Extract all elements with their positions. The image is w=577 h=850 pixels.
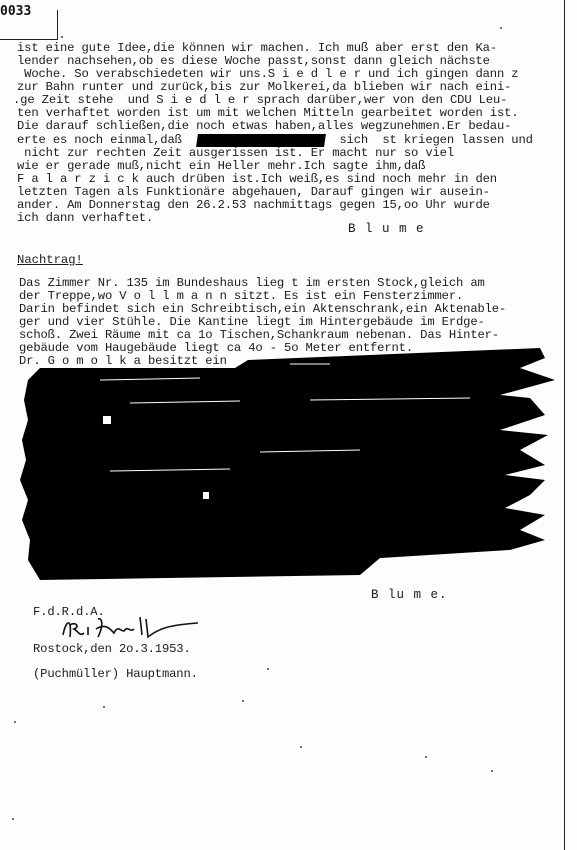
signature-typed: B l u m e: [348, 222, 425, 236]
handwritten-signature: [58, 615, 208, 645]
redaction-gap: [103, 416, 111, 424]
redaction-gap: [203, 492, 209, 499]
paper-speck: [425, 756, 427, 758]
paper-speck: [491, 770, 493, 772]
stamp-box-border: [57, 10, 58, 40]
redaction-block: [0, 340, 577, 590]
officer-name: (Puchmüller) Hauptmann.: [33, 668, 198, 681]
text-line: Die darauf schließen,die noch etwas habe…: [17, 120, 511, 133]
paper-speck: [61, 36, 63, 38]
signature-typed: B lu m e.: [371, 588, 448, 602]
paper-speck: [12, 818, 14, 820]
paper-speck: [103, 706, 105, 708]
stamp-box-border: [0, 39, 58, 40]
paper-speck: [300, 746, 302, 748]
paper-speck: [500, 27, 502, 29]
text-line: ich dann verhaftet.: [17, 212, 153, 225]
paper-speck: [267, 668, 269, 670]
place-date: Rostock,den 2o.3.1953.: [33, 643, 191, 656]
paper-speck: [242, 700, 244, 702]
document-page: 0033 ist eine gute Idee,die können wir m…: [0, 0, 577, 850]
section-heading: Nachtrag!: [17, 253, 83, 267]
paper-speck: [14, 721, 16, 723]
document-number-stamp: 0033: [0, 4, 31, 19]
